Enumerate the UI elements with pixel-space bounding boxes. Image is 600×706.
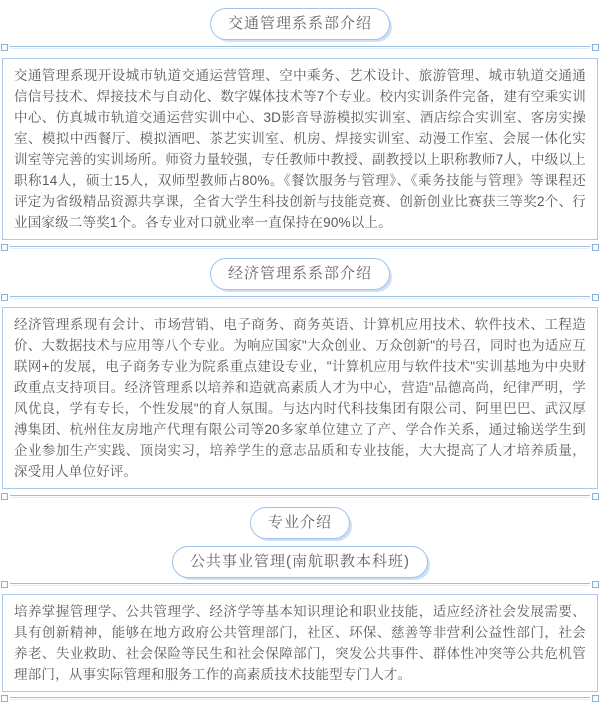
divider-handle-right [592, 294, 599, 301]
content-box-economics: 经济管理系现有会计、市场营销、电子商务、商务英语、计算机应用技术、软件技术、工程… [2, 307, 598, 489]
divider [0, 696, 600, 703]
divider-handle-left [1, 493, 8, 500]
divider-line [10, 495, 590, 498]
divider [0, 45, 600, 52]
section-title-pill-majors: 专业介绍 [250, 507, 350, 539]
divider [0, 494, 600, 501]
content-box-public-admin: 培养掌握管理学、公共管理学、经济学等基本知识理论和职业技能，适应经济社会发展需要… [2, 594, 598, 692]
divider [0, 295, 600, 302]
section-title-pill-public-admin: 公共事业管理(南航职教本科班) [172, 546, 428, 578]
section-title-pill-economics: 经济管理系系部介绍 [210, 258, 390, 290]
divider-handle-right [592, 244, 599, 251]
divider-handle-left [1, 244, 8, 251]
public-admin-paragraph: 培养掌握管理学、公共管理学、经济学等基本知识理论和职业技能，适应经济社会发展需要… [14, 601, 586, 685]
divider-line [10, 46, 590, 49]
divider-line [10, 296, 590, 299]
traffic-paragraph: 交通管理系现开设城市轨道交通运营管理、空中乘务、艺术设计、旅游管理、城市轨道交通… [14, 65, 586, 233]
divider-line [10, 697, 590, 700]
economics-paragraph: 经济管理系现有会计、市场营销、电子商务、商务英语、计算机应用技术、软件技术、工程… [14, 314, 586, 482]
divider-handle-left [1, 44, 8, 51]
divider [0, 245, 600, 252]
content-box-traffic: 交通管理系现开设城市轨道交通运营管理、空中乘务、艺术设计、旅游管理、城市轨道交通… [2, 58, 598, 240]
divider-handle-right [592, 493, 599, 500]
divider-handle-left [1, 581, 8, 588]
divider-handle-left [1, 294, 8, 301]
divider-handle-right [592, 581, 599, 588]
divider-line [10, 246, 590, 249]
divider [0, 582, 600, 589]
divider-handle-right [592, 695, 599, 702]
section-title-pill-traffic: 交通管理系系部介绍 [210, 8, 390, 40]
divider-line [10, 583, 590, 586]
divider-handle-left [1, 695, 8, 702]
divider-handle-right [592, 44, 599, 51]
